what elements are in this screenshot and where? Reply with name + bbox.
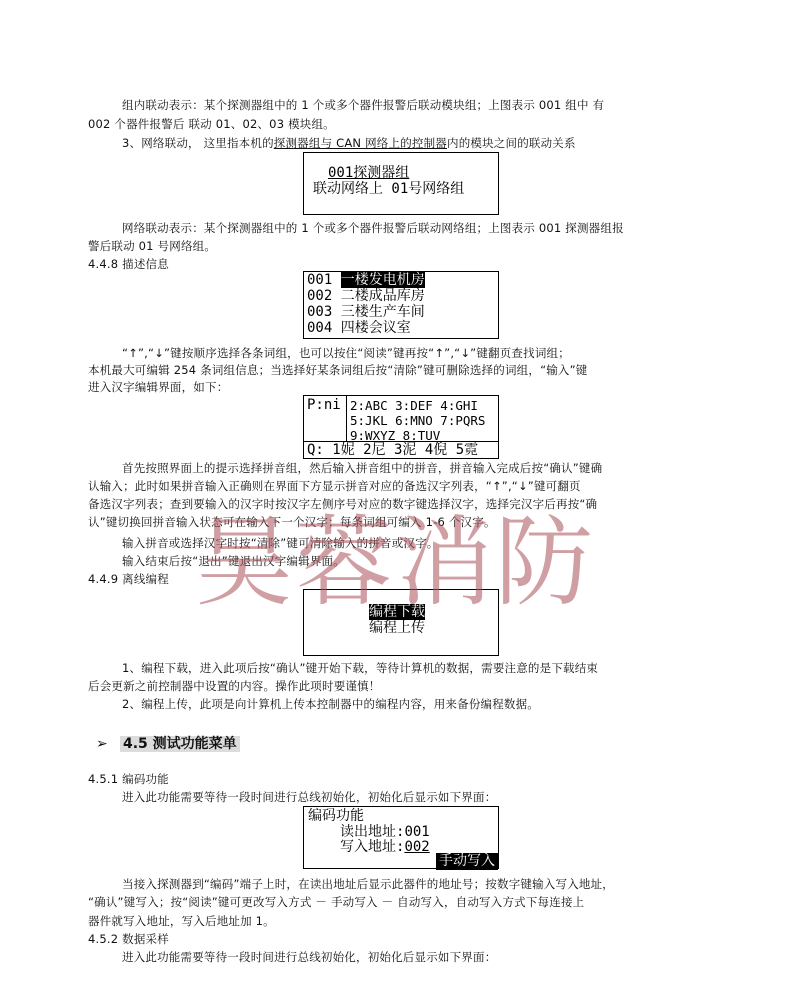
network-link-underlined: 探测器组与 CAN 网络上的控制器 <box>274 136 447 150</box>
paragraph-clear-note: 输入拼音或选择汉字时按“清除”键可清除输入的拼音或汉字。 <box>122 535 439 551</box>
heading-45-text: 4.5 测试功能菜单 <box>120 736 240 752</box>
paragraph-group-link: 组内联动表示：某个探测器组中的 1 个或多个器件报警后联动模块组；上图表示 00… <box>122 97 604 113</box>
paragraph-code-3: 器件就写入地址，写入后地址加 1。 <box>88 913 275 929</box>
paragraph-pinyin-3: 备选汉字列表；查到要输入的汉字时按汉字左侧序号对应的数字键选择汉字，选择完汉字后… <box>88 496 597 512</box>
lcd-offline-programming: 编程下载 编程上传 <box>303 589 499 656</box>
paragraph-offline-1: 1、编程下载，进入此项后按“确认”键开始下载，等待计算机的数据，需要注意的是下载… <box>122 660 598 676</box>
paragraph-network-desc-cont: 警后联动 01 号网络组。 <box>88 238 216 254</box>
section-heading-449: 4.4.9 离线编程 <box>88 571 169 587</box>
paragraph-group-link-cont: 002 个器件报警后 联动 01、02、03 模块组。 <box>88 116 335 132</box>
lcd-desc-row[interactable]: 003 三楼生产车间 <box>307 304 425 321</box>
lcd-desc-row[interactable]: 004 四楼会议室 <box>307 320 411 337</box>
lcd-network-line2: 联动网络上 01号网络组 <box>313 181 464 198</box>
paragraph-desc-keys: “↑”,“↓”键按顺序选择各条词组，也可以按住“阅读”键再按“↑”,“↓”键翻页… <box>122 345 570 361</box>
lcd-code-function: 编码功能 读出地址:001 写入地址:002 手动写入 <box>303 806 499 869</box>
section-heading-448: 4.4.8 描述信息 <box>88 256 169 272</box>
lcd-description-list: 001 一楼发电机房 002 二楼成品库房 003 三楼生产车间 004 四楼会… <box>303 271 499 339</box>
paragraph-exit-note: 输入结束后按“退出”键退出汉字编辑界面。 <box>122 553 345 569</box>
pinyin-prefix: P:ni <box>307 397 341 414</box>
lcd-network-line1: 001探测器组 <box>328 165 409 181</box>
network-link-prefix: 3、网络联动， 这里指本机的 <box>122 136 274 150</box>
lcd-network-link: 001探测器组 联动网络上 01号网络组 <box>303 152 499 215</box>
paragraph-desc-enter: 进入汉字编辑界面，如下： <box>88 379 228 395</box>
paragraph-code-2: “确认”键写入；按“阅读”键可更改写入方式 － 手动写入 － 自动写入，自动写入… <box>88 894 584 910</box>
section-heading-452: 4.5.2 数据采样 <box>88 931 169 947</box>
paragraph-pinyin-4: 认”键切换回拼音输入状态可在输入下一个汉字；每条词组可编入 1-6 个汉字。 <box>88 514 496 530</box>
lcd-desc-selected-text: 一楼发电机房 <box>341 272 425 288</box>
write-mode-badge[interactable]: 手动写入 <box>436 853 498 870</box>
write-address-value[interactable]: 002 <box>404 839 429 855</box>
paragraph-offline-2: 后会更新之前控制器中设置的内容。操作此项时要谨慎！ <box>88 678 381 694</box>
paragraph-sample-intro: 进入此功能需要等待一段时间进行总线初始化，初始化后显示如下界面： <box>122 949 496 965</box>
network-link-suffix: 内的模块之间的联动关系 <box>447 136 576 150</box>
paragraph-pinyin-2: 认输入；此时如果拼音输入正确则在界面下方显示拼音对应的备选汉字列表，“↑”,“↓… <box>88 478 581 494</box>
paragraph-code-1: 当接入探测器到“编码”端子上时，在读出地址后显示此器件的地址号；按数字键输入写入… <box>122 876 614 892</box>
menu-item-download[interactable]: 编程下载 <box>369 604 425 620</box>
lcd-code-title: 编码功能 <box>308 808 364 825</box>
pinyin-candidates: Q: 1妮 2尼 3泥 4倪 5霓 <box>307 442 478 459</box>
paragraph-desc-max: 本机最大可编辑 254 条词组信息；当选择好某条词组后按“清除”键可删除选择的词… <box>88 362 588 378</box>
arrow-bullet-icon: ➢ <box>96 734 120 754</box>
lcd-write-address: 写入地址:002 <box>340 839 430 856</box>
lcd-desc-row[interactable]: 002 二楼成品库房 <box>307 288 425 305</box>
lcd-desc-row[interactable]: 001 一楼发电机房 <box>307 272 425 289</box>
lcd-pinyin-input: P:ni 2:ABC 3:DEF 4:GHI 5:JKL 6:MNO 7:PQR… <box>303 395 499 459</box>
document-page: 组内联动表示：某个探测器组中的 1 个或多个器件报警后联动模块组；上图表示 00… <box>0 0 794 988</box>
paragraph-offline-3: 2、编程上传，此项是向计算机上传本控制器中的编程内容，用来备份编程数据。 <box>122 696 539 712</box>
section-heading-451: 4.5.1 编码功能 <box>88 771 169 787</box>
paragraph-code-intro: 进入此功能需要等待一段时间进行总线初始化，初始化后显示如下界面： <box>122 789 496 805</box>
paragraph-network-desc: 网络联动表示：某个探测器组中的 1 个或多个器件报警后联动网络组；上图表示 00… <box>122 220 624 236</box>
pinyin-prefix-cell: P:ni <box>304 396 347 441</box>
paragraph-pinyin-1: 首先按照界面上的提示选择拼音组，然后输入拼音组中的拼音，拼音输入完成后按“确认”… <box>122 460 602 476</box>
section-heading-45: ➢4.5 测试功能菜单 <box>96 734 240 754</box>
menu-item-upload[interactable]: 编程上传 <box>369 620 425 637</box>
paragraph-network-link: 3、网络联动， 这里指本机的探测器组与 CAN 网络上的控制器内的模块之间的联动… <box>122 135 576 151</box>
